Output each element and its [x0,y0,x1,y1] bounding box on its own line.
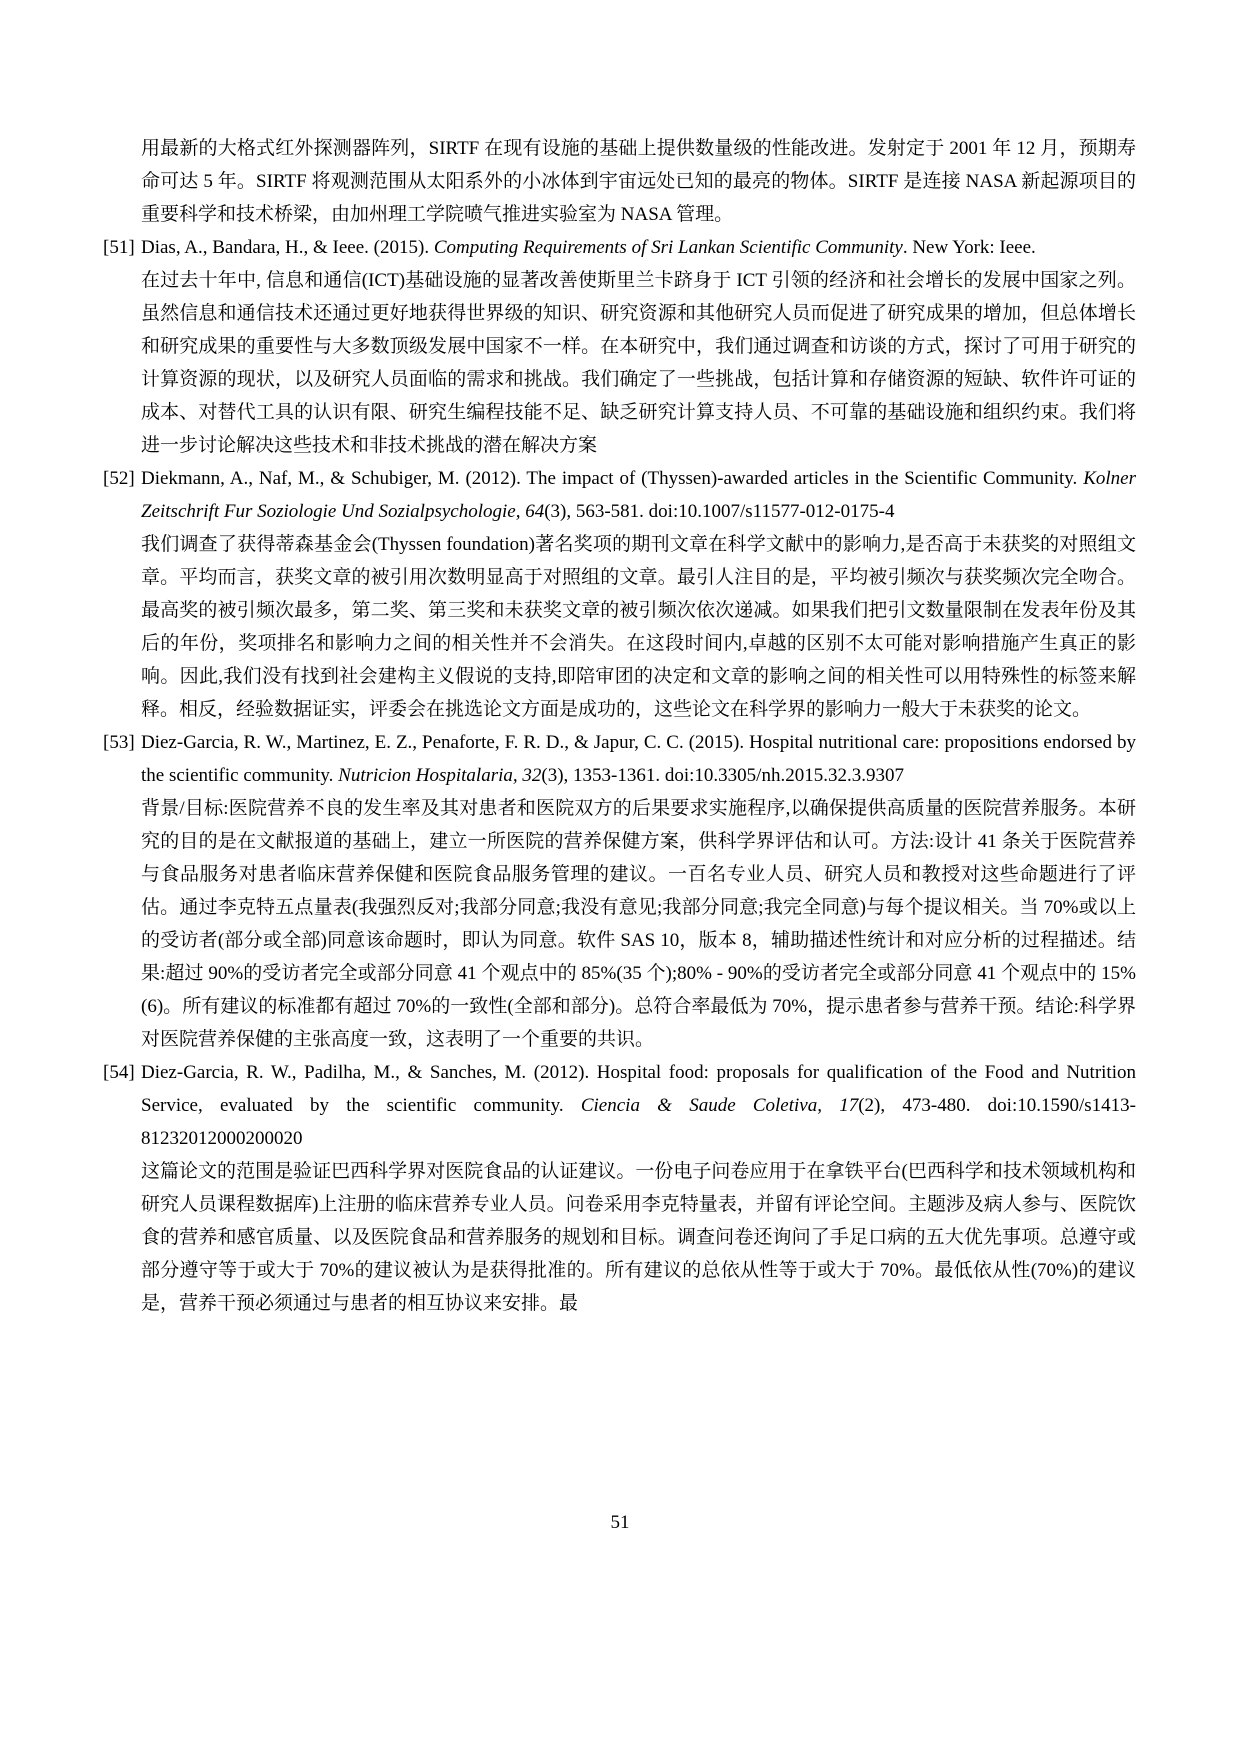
reference-citation: [54]Diez-Garcia, R. W., Padilha, M., & S… [103,1056,1136,1155]
reference-item: [52]Diekmann, A., Naf, M., & Schubiger, … [103,462,1136,726]
reference-item: [54]Diez-Garcia, R. W., Padilha, M., & S… [103,1056,1136,1320]
citation-pages-doi: . New York: Ieee. [903,237,1036,258]
reference-abstract: 背景/目标:医院营养不良的发生率及其对患者和医院双方的后果要求实施程序,以确保提… [103,792,1136,1056]
citation-journal-italic: Ciencia & Saude Coletiva, 17 [581,1095,858,1116]
citation-pages-doi: (3), 563-581. doi:10.1007/s11577-012-017… [544,501,894,522]
citation-authors-title: Diekmann, A., Naf, M., & Schubiger, M. (… [141,468,1083,489]
citation-journal-italic: Computing Requirements of Sri Lankan Sci… [434,237,903,258]
reference-number: [51] [103,231,141,264]
reference-item: [51]Dias, A., Bandara, H., & Ieee. (2015… [103,231,1136,462]
reference-item: [53]Diez-Garcia, R. W., Martinez, E. Z.,… [103,726,1136,1056]
citation-authors-title: Dias, A., Bandara, H., & Ieee. (2015). [141,237,434,258]
reference-citation: [52]Diekmann, A., Naf, M., & Schubiger, … [103,462,1136,528]
reference-abstract: 这篇论文的范围是验证巴西科学界对医院食品的认证建议。一份电子问卷应用于在拿铁平台… [103,1155,1136,1320]
reference-abstract: 在过去十年中, 信息和通信(ICT)基础设施的显著改善使斯里兰卡跻身于 ICT … [103,264,1136,462]
reference-number: [54] [103,1056,141,1089]
reference-number: [52] [103,462,141,495]
continuation-paragraph: 用最新的大格式红外探测器阵列，SIRTF 在现有设施的基础上提供数量级的性能改进… [103,132,1136,231]
reference-citation: [51]Dias, A., Bandara, H., & Ieee. (2015… [103,231,1136,264]
reference-abstract: 我们调查了获得蒂森基金会(Thyssen foundation)著名奖项的期刊文… [103,528,1136,726]
document-page: 用最新的大格式红外探测器阵列，SIRTF 在现有设施的基础上提供数量级的性能改进… [0,0,1240,1753]
reference-list: 用最新的大格式红外探测器阵列，SIRTF 在现有设施的基础上提供数量级的性能改进… [103,132,1136,1320]
citation-pages-doi: (3), 1353-1361. doi:10.3305/nh.2015.32.3… [541,765,904,786]
reference-citation: [53]Diez-Garcia, R. W., Martinez, E. Z.,… [103,726,1136,792]
page-number: 51 [0,1506,1240,1539]
citation-journal-italic: Nutricion Hospitalaria, 32 [338,765,541,786]
reference-number: [53] [103,726,141,759]
